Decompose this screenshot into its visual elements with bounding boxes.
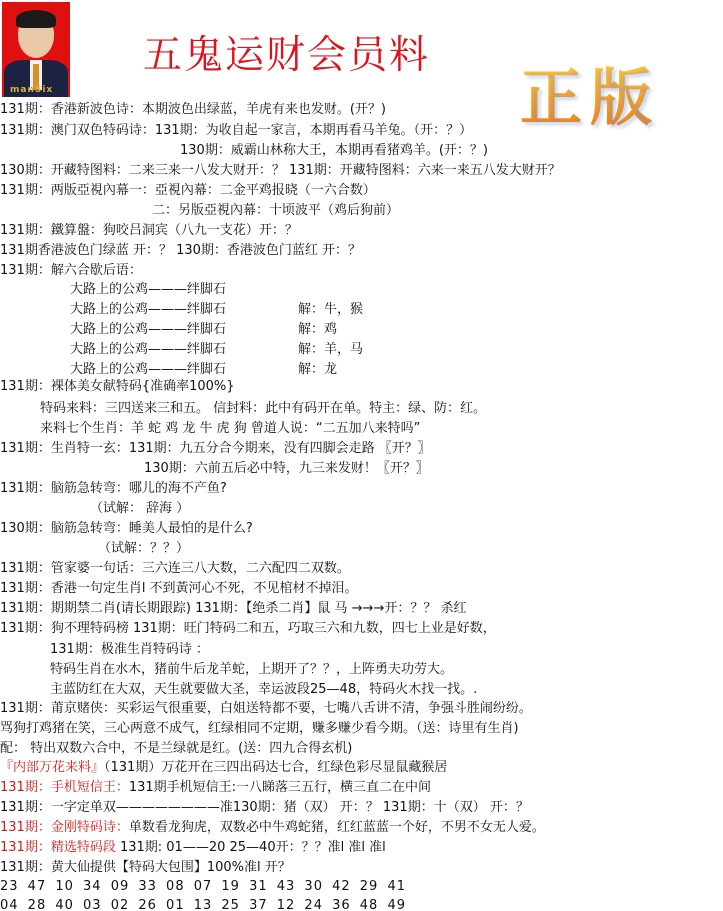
jingang-text: 单数看龙狗虎，双数必中牛鸡蛇猪，红红蓝蓝一个好，不男不女无人爱。 [129,820,545,835]
line-accurate-poem-2: 主蓝防红在大双，天生就要做大圣，幸运波段25—48，特码火木找一找。. [50,681,477,699]
line-shengxiao-130: 130期：六前五后必中特，九三来发财！〖开？〗 [144,460,429,478]
jingxuan-label: 131期：精选特码段 [0,840,116,855]
line-sms-king: 131期：手机短信王：131期手机短信王:一八睇落三五行，横三直二在中间 [0,779,431,797]
line-brain-teaser-131: 131期：脑筋急转弯：哪儿的海不产鱼? [0,480,227,498]
line-goubuli: 131期：狗不理特码榜 131期：旺门特码二和五，巧取三六和九数，四七上业是好数… [0,620,496,638]
number-row-1: 23 47 10 34 09 33 08 07 19 31 43 30 42 2… [0,878,406,896]
page-title: 五鬼运财会员料 [143,24,430,80]
line-pujing-3: 配： 特出双数六合中，不是兰绿就是红。(送：四九合得玄机) [0,740,352,758]
riddle-answer: 解：牛，猴 [298,301,363,319]
neibu-label: 『内部万花来料』 [0,760,104,775]
line-tiesuanpan: 131期：鐵算盤：狗咬吕洞宾（八九一支花）开：？ [0,222,298,240]
riddle-row: 大路上的公鸡———绊脚石 [70,361,226,379]
line-brain-teaser-130: 130期：脑筋急转弯：睡美人最怕的是什么? [0,520,253,538]
riddle-row: 大路上的公鸡———绊脚石 [70,321,226,339]
line-tema-source: 特码来料：三四送来三和五。 信封料：此中有码开在单。特主：绿、防：红。 [40,400,486,418]
line-macau-poem-130: 130期：威霸山林称大王，本期再看猪鸡羊。(开：？) [180,142,488,160]
line-shengxiao-yixuan: 131期：生肖特一玄：131期：九五分合今期来，没有四脚会走路 〖开？〗 [0,440,431,458]
line-hk-wave-poem: 131期：香港新波色诗：本期波色出绿蓝，羊虎有来也发财。(开？) [0,101,386,119]
photo-watermark: manSix [10,85,53,95]
line-ban-two-zodiacs: 131期：期期禁二肖(请长期跟踪) 131期：【绝杀二肖】鼠 马 →→→开：？？… [0,600,466,618]
logo-zhengban: 正版 [520,48,660,137]
riddle-answer: 解：龙 [298,361,337,379]
jingang-label: 131期：金刚特码诗： [0,820,129,835]
line-pujing-1: 131期：莆京赌侠：买彩运气很重要，白姐送特都不要，七嘴八舌讲不清，争强斗胜闹纷… [0,700,532,718]
line-danshuang: 131期：一字定单双————————准130期：猪（双） 开：？ 131期：十（… [0,799,529,817]
line-jingxuan: 131期：精选特码段 131期: 01——20 25—40开：？？准l 准l 准… [0,839,386,857]
neibu-text: （131期）万花开在三四出码达七合，红绿色彩尽显鼠藏猴居 [104,760,447,775]
line-brain-answer-130: （试解：？？） [98,540,189,558]
line-atv-2: 二：另版亞視內幕：十顷波平（鸡后狗前） [152,202,399,220]
line-hk-one-phrase: 131期：香港一句定生肖l 不到黃河心不死，不见棺材不掉泪。 [0,580,358,598]
riddle-row: 大路上的公鸡———绊脚石 [70,301,226,319]
riddle-row: 大路上的公鸡———绊脚石 [70,281,226,299]
line-jingang-poem: 131期：金刚特码诗：单数看龙狗虎，双数必中牛鸡蛇猪，红红蓝蓝一个好，不男不女无… [0,819,545,837]
line-atv-1: 131期：两版亞視內幕一：亞視內幕：二金平鸡报晓（一六合数） [0,182,376,200]
riddle-row: 大路上的公鸡———绊脚石 [70,341,226,359]
line-pujing-2: 骂狗打鸡猪在笑，三心两意不成气，红绿相同不定期，赚多赚少看今期。（送：诗里有生肖… [0,720,519,738]
line-seven-zodiacs: 来料七个生肖：羊 蛇 鸡 龙 牛 虎 狗 曾道人说：“二五加八来特吗” [40,420,420,438]
sms-text: 131期手机短信王:一八睇落三五行，横三直二在中间 [129,780,431,795]
line-accurate-poem-1: 特码生肖在水木，猪前牛后龙羊蛇，上期开了？？，上阵勇夫功劳大。 [50,661,453,679]
number-row-2: 04 28 40 03 02 26 01 13 25 37 12 24 36 4… [0,897,406,911]
line-naked-beauty: 131期：裸体美女献特码{准确率100%} [0,378,235,396]
line-huangdaxian: 131期：黄大仙提供【特码大包围】100%准l 开？ [0,859,291,877]
sms-label: 131期：手机短信王： [0,780,129,795]
line-neibu-wanhua: 『内部万花来料』（131期）万花开在三四出码达七合，红绿色彩尽显鼠藏猴居 [0,759,447,777]
jingxuan-text: 131期: 01——20 25—40开：？？准l 准l 准l [116,840,386,855]
line-xiehouyu-header: 131期：解六合歇后语： [0,262,142,280]
line-accurate-poem-header: 131期：极准生肖特码诗 ： [50,641,209,659]
line-housekeeper: 131期：管家婆一句话：三六连三八大数，二六配四二双数。 [0,560,350,578]
header-photo: manSix [2,2,70,97]
photo-hair [16,10,56,28]
line-kaicang: 130期：开藏特图料：二来三来一八发大财开：？ 131期：开藏特图料：六来一来五… [0,162,561,180]
line-hk-wave-door: 131期香港波色门绿蓝 开：？ 130期：香港波色门蓝红 开：？ [0,242,361,260]
riddle-answer: 解：羊，马 [298,341,363,359]
line-brain-answer-131: （试解： 辞海 ） [90,500,189,518]
riddle-answer: 解：鸡 [298,321,337,339]
line-macau-poem: 131期：澳门双色特码诗：131期：为收自起一家言，本期再看马羊兔。（开：？） [0,122,472,140]
